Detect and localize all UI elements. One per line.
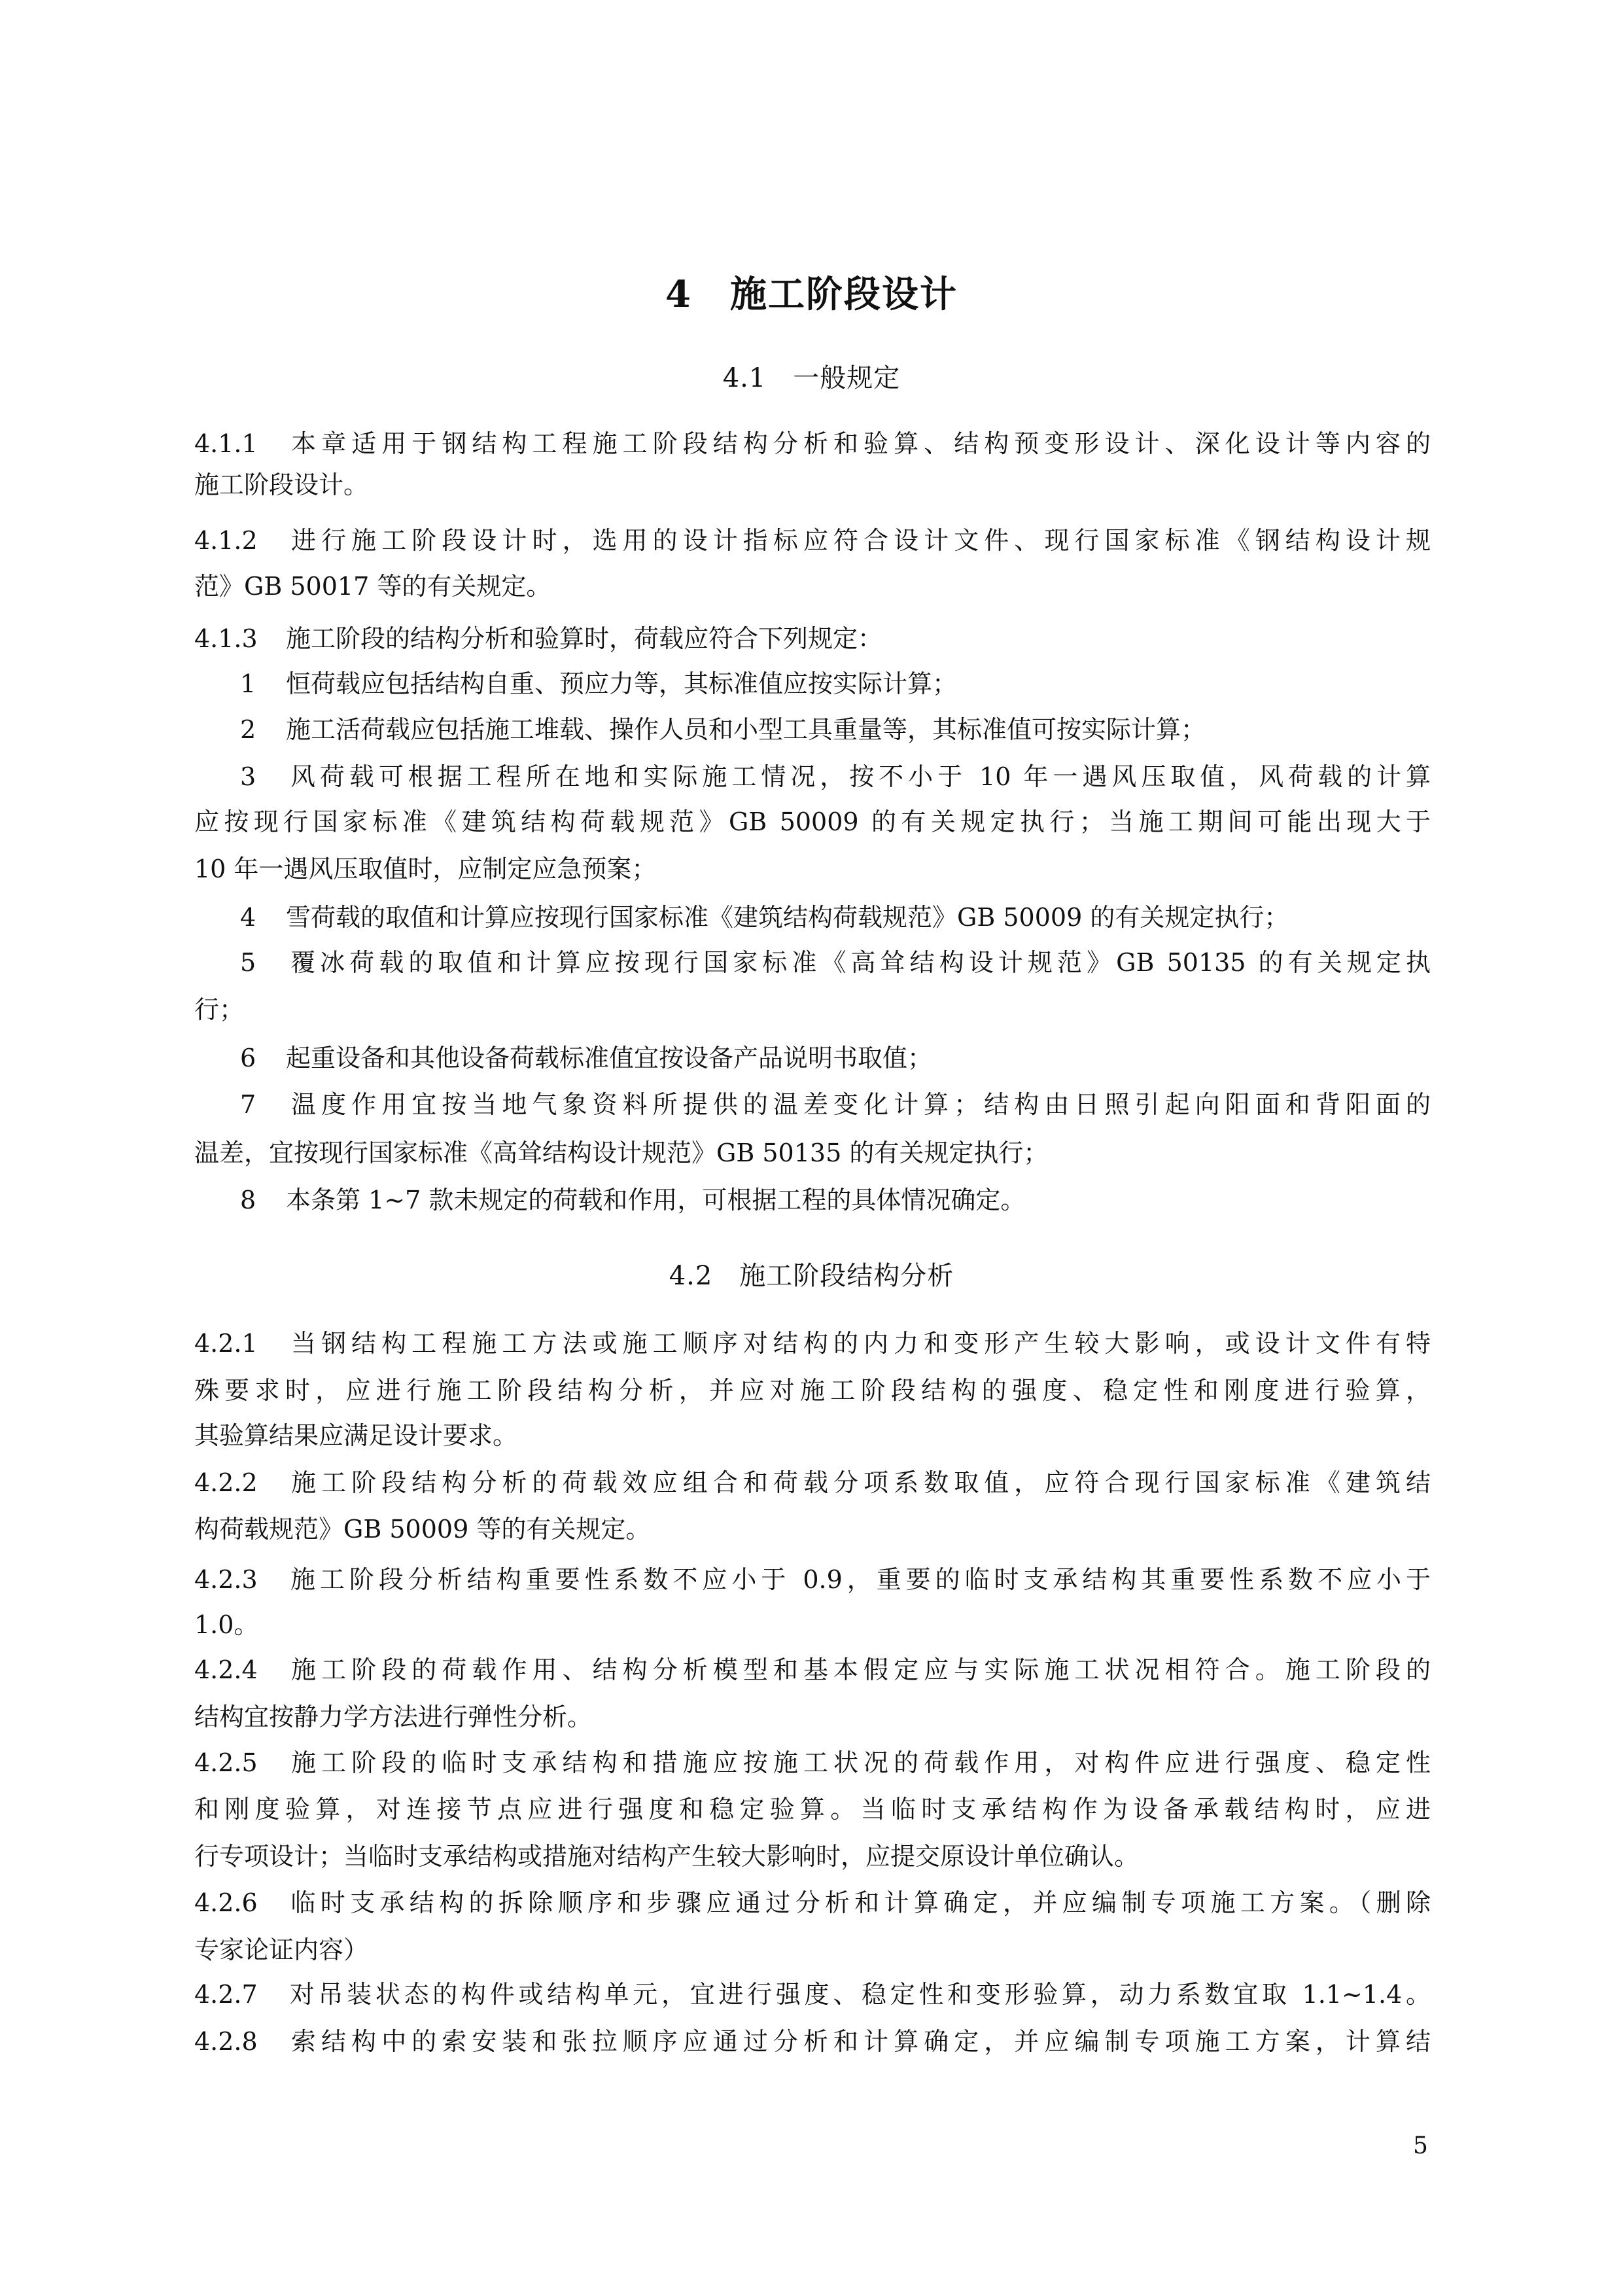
clause-number: 4.2.8 bbox=[194, 2023, 286, 2060]
clause-4-2-2: 4.2.2施工阶段结构分析的荷载效应组合和荷载分项系数取值，应符合现行国家标准《… bbox=[194, 1464, 1431, 1501]
clause-text: 索结构中的索安装和张拉顺序应通过分析和计算确定，并应编制专项施工方案，计算结 bbox=[286, 2027, 1431, 2056]
page-number: 5 bbox=[1413, 2132, 1428, 2161]
list-item-7: 7温度作用宜按当地气象资料所提供的温差变化计算；结构由日照引起向阳面和背阳面的 bbox=[194, 1086, 1431, 1123]
clause-continuation: 其验算结果应满足设计要求。 bbox=[194, 1417, 1431, 1454]
chapter-title: 4 施工阶段设计 bbox=[0, 270, 1623, 319]
clause-text: 构荷载规范》GB 50009 等的有关规定。 bbox=[194, 1515, 650, 1544]
clause-number: 4.2.3 bbox=[194, 1561, 286, 1598]
section-heading-4-2: 4.2 施工阶段结构分析 bbox=[0, 1258, 1623, 1294]
clause-text: 对吊装状态的构件或结构单元，宜进行强度、稳定性和变形验算，动力系数宜取 1.1~… bbox=[286, 1980, 1431, 2009]
clause-text: 施工阶段的荷载作用、结构分析模型和基本假定应与实际施工状况相符合。施工阶段的 bbox=[286, 1655, 1431, 1684]
item-number: 8 bbox=[240, 1182, 286, 1218]
clause-number: 4.2.4 bbox=[194, 1651, 286, 1688]
item-text: 施工活荷载应包括施工堆载、操作人员和小型工具重量等，其标准值可按实际计算； bbox=[286, 715, 1206, 744]
list-item-2: 2施工活荷载应包括施工堆载、操作人员和小型工具重量等，其标准值可按实际计算； bbox=[194, 711, 1431, 748]
clause-4-1-1: 4.1.1本章适用于钢结构工程施工阶段结构分析和验算、结构预变形设计、深化设计等… bbox=[194, 425, 1431, 462]
clause-text: 1.0。 bbox=[194, 1610, 258, 1639]
section-heading-4-1: 4.1 一般规定 bbox=[0, 360, 1623, 397]
list-item-8: 8本条第 1~7 款未规定的荷载和作用，可根据工程的具体情况确定。 bbox=[194, 1182, 1431, 1218]
clause-4-2-5: 4.2.5施工阶段的临时支承结构和措施应按施工状况的荷载作用，对构件应进行强度、… bbox=[194, 1744, 1431, 1781]
clause-text: 本章适用于钢结构工程施工阶段结构分析和验算、结构预变形设计、深化设计等内容的 bbox=[286, 429, 1431, 458]
item-text: 风荷载可根据工程所在地和实际施工情况，按不小于 10 年一遇风压取值，风荷载的计… bbox=[286, 762, 1431, 791]
clause-number: 4.2.6 bbox=[194, 1884, 286, 1921]
clause-continuation: 1.0。 bbox=[194, 1606, 1431, 1643]
clause-continuation: 构荷载规范》GB 50009 等的有关规定。 bbox=[194, 1511, 1431, 1547]
clause-4-1-2: 4.1.2进行施工阶段设计时，选用的设计指标应符合设计文件、现行国家标准《钢结构… bbox=[194, 522, 1431, 559]
list-item-continuation: 10 年一遇风压取值时，应制定应急预案； bbox=[194, 851, 1431, 887]
clause-text: 其验算结果应满足设计要求。 bbox=[194, 1421, 517, 1450]
item-number: 4 bbox=[240, 899, 286, 936]
clause-text: 结构宜按静力学方法进行弹性分析。 bbox=[194, 1703, 592, 1731]
item-number: 1 bbox=[240, 665, 286, 702]
clause-4-2-1: 4.2.1当钢结构工程施工方法或施工顺序对结构的内力和变形产生较大影响，或设计文… bbox=[194, 1325, 1431, 1362]
list-item-6: 6起重设备和其他设备荷载标准值宜按设备产品说明书取值； bbox=[194, 1040, 1431, 1076]
clause-text: 临时支承结构的拆除顺序和步骤应通过分析和计算确定，并应编制专项施工方案。（删除 bbox=[286, 1888, 1431, 1917]
clause-text: 殊要求时，应进行施工阶段结构分析，并应对施工阶段结构的强度、稳定性和刚度进行验算… bbox=[194, 1376, 1431, 1405]
list-item-continuation: 行； bbox=[194, 991, 1431, 1028]
clause-text: 行专项设计；当临时支承结构或措施对结构产生较大影响时，应提交原设计单位确认。 bbox=[194, 1842, 1139, 1871]
clause-4-1-3: 4.1.3施工阶段的结构分析和验算时，荷载应符合下列规定： bbox=[194, 620, 1431, 657]
clause-text: 施工阶段的临时支承结构和措施应按施工状况的荷载作用，对构件应进行强度、稳定性 bbox=[286, 1748, 1431, 1777]
item-number: 7 bbox=[240, 1086, 286, 1123]
clause-4-2-6: 4.2.6临时支承结构的拆除顺序和步骤应通过分析和计算确定，并应编制专项施工方案… bbox=[194, 1884, 1431, 1921]
clause-4-2-8: 4.2.8索结构中的索安装和张拉顺序应通过分析和计算确定，并应编制专项施工方案，… bbox=[194, 2023, 1431, 2060]
item-text: 雪荷载的取值和计算应按现行国家标准《建筑结构荷载规范》GB 50009 的有关规… bbox=[286, 903, 1289, 932]
clause-number: 4.2.1 bbox=[194, 1325, 286, 1362]
clause-number: 4.1.1 bbox=[194, 425, 286, 462]
clause-4-2-3: 4.2.3施工阶段分析结构重要性系数不应小于 0.9，重要的临时支承结构其重要性… bbox=[194, 1561, 1431, 1598]
list-item-3: 3风荷载可根据工程所在地和实际施工情况，按不小于 10 年一遇风压取值，风荷载的… bbox=[194, 758, 1431, 795]
clause-continuation: 专家论证内容） bbox=[194, 1932, 1431, 1968]
clause-continuation: 结构宜按静力学方法进行弹性分析。 bbox=[194, 1699, 1431, 1735]
clause-number: 4.1.3 bbox=[194, 620, 286, 657]
clause-text: 专家论证内容） bbox=[194, 1935, 368, 1964]
clause-4-2-7: 4.2.7对吊装状态的构件或结构单元，宜进行强度、稳定性和变形验算，动力系数宜取… bbox=[194, 1976, 1431, 2013]
clause-text: 施工阶段的结构分析和验算时，荷载应符合下列规定： bbox=[286, 624, 882, 653]
item-text: 覆冰荷载的取值和计算应按现行国家标准《高耸结构设计规范》GB 50135 的有关… bbox=[286, 948, 1431, 977]
clause-continuation: 殊要求时，应进行施工阶段结构分析，并应对施工阶段结构的强度、稳定性和刚度进行验算… bbox=[194, 1372, 1431, 1409]
item-text: 温度作用宜按当地气象资料所提供的温差变化计算；结构由日照引起向阳面和背阳面的 bbox=[286, 1090, 1431, 1119]
clause-text: 施工阶段分析结构重要性系数不应小于 0.9，重要的临时支承结构其重要性系数不应小… bbox=[286, 1565, 1431, 1594]
clause-continuation: 行专项设计；当临时支承结构或措施对结构产生较大影响时，应提交原设计单位确认。 bbox=[194, 1838, 1431, 1875]
clause-number: 4.2.5 bbox=[194, 1744, 286, 1781]
clause-text: 施工阶段设计。 bbox=[194, 470, 368, 499]
item-number: 5 bbox=[240, 944, 286, 981]
item-text: 本条第 1~7 款未规定的荷载和作用，可根据工程的具体情况确定。 bbox=[286, 1186, 1025, 1214]
item-text: 起重设备和其他设备荷载标准值宜按设备产品说明书取值； bbox=[286, 1044, 932, 1072]
list-item-continuation: 温差，宜按现行国家标准《高耸结构设计规范》GB 50135 的有关规定执行； bbox=[194, 1135, 1431, 1171]
clause-text: 范》GB 50017 等的有关规定。 bbox=[194, 572, 551, 601]
item-text: 恒荷载应包括结构自重、预应力等，其标准值应按实际计算； bbox=[286, 669, 957, 698]
clause-text: 进行施工阶段设计时，选用的设计指标应符合设计文件、现行国家标准《钢结构设计规 bbox=[286, 526, 1431, 555]
item-text: 10 年一遇风压取值时，应制定应急预案； bbox=[194, 855, 656, 883]
clause-number: 4.1.2 bbox=[194, 522, 286, 559]
list-item-continuation: 应按现行国家标准《建筑结构荷载规范》GB 50009 的有关规定执行；当施工期间… bbox=[194, 804, 1431, 840]
clause-continuation: 范》GB 50017 等的有关规定。 bbox=[194, 568, 1431, 605]
document-page: 4 施工阶段设计 4.1 一般规定 4.1.1本章适用于钢结构工程施工阶段结构分… bbox=[0, 0, 1623, 2296]
item-text: 应按现行国家标准《建筑结构荷载规范》GB 50009 的有关规定执行；当施工期间… bbox=[194, 807, 1431, 836]
item-text: 行； bbox=[194, 995, 244, 1024]
clause-continuation: 施工阶段设计。 bbox=[194, 467, 1431, 503]
list-item-1: 1恒荷载应包括结构自重、预应力等，其标准值应按实际计算； bbox=[194, 665, 1431, 702]
clause-4-2-4: 4.2.4施工阶段的荷载作用、结构分析模型和基本假定应与实际施工状况相符合。施工… bbox=[194, 1651, 1431, 1688]
list-item-5: 5覆冰荷载的取值和计算应按现行国家标准《高耸结构设计规范》GB 50135 的有… bbox=[194, 944, 1431, 981]
clause-text: 和刚度验算，对连接节点应进行强度和稳定验算。当临时支承结构作为设备承载结构时，应… bbox=[194, 1795, 1431, 1824]
list-item-4: 4雪荷载的取值和计算应按现行国家标准《建筑结构荷载规范》GB 50009 的有关… bbox=[194, 899, 1431, 936]
clause-text: 当钢结构工程施工方法或施工顺序对结构的内力和变形产生较大影响，或设计文件有特 bbox=[286, 1329, 1431, 1358]
item-number: 2 bbox=[240, 711, 286, 748]
clause-continuation: 和刚度验算，对连接节点应进行强度和稳定验算。当临时支承结构作为设备承载结构时，应… bbox=[194, 1791, 1431, 1828]
item-number: 3 bbox=[240, 758, 286, 795]
clause-text: 施工阶段结构分析的荷载效应组合和荷载分项系数取值，应符合现行国家标准《建筑结 bbox=[286, 1468, 1431, 1497]
item-number: 6 bbox=[240, 1040, 286, 1076]
clause-number: 4.2.2 bbox=[194, 1464, 286, 1501]
item-text: 温差，宜按现行国家标准《高耸结构设计规范》GB 50135 的有关规定执行； bbox=[194, 1139, 1048, 1167]
clause-number: 4.2.7 bbox=[194, 1976, 286, 2013]
